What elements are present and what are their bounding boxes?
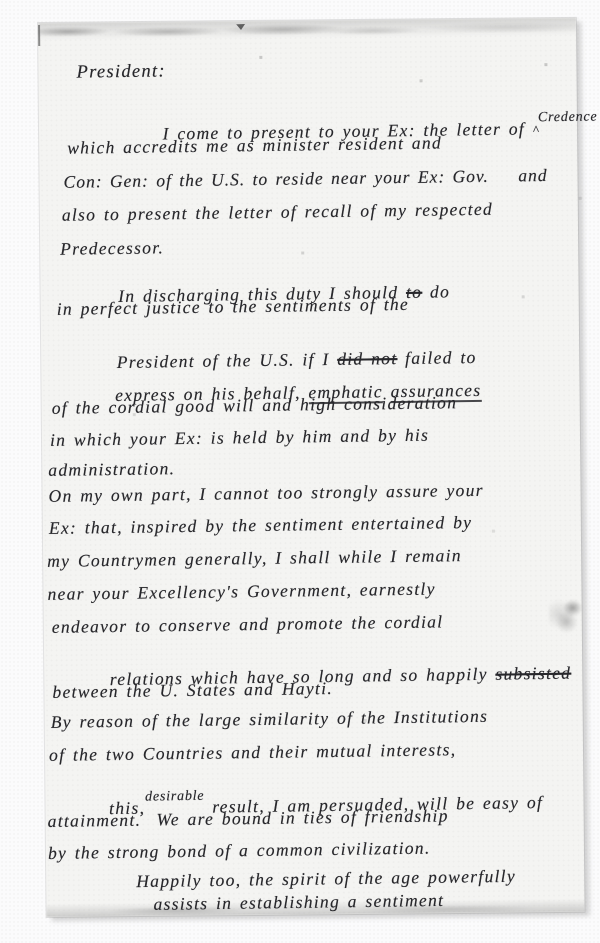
manuscript-page: President: I come to present to your Ex:… bbox=[38, 18, 585, 917]
struck-word: subsisted bbox=[495, 663, 571, 684]
letter-line-16: near your Excellency's Government, earne… bbox=[47, 579, 435, 605]
letter-line-25: Happily too, the spirit of the age power… bbox=[136, 866, 516, 892]
letter-line-15: my Countrymen generally, I shall while I… bbox=[47, 545, 462, 572]
letter-text-layer: President: I come to present to your Ex:… bbox=[38, 18, 585, 917]
letter-line-13: On my own part, I cannot too strongly as… bbox=[48, 480, 484, 507]
letter-line-21: of the two Countries and their mutual in… bbox=[49, 739, 457, 766]
letter-line-19: between the U. States and Hayti. bbox=[52, 678, 333, 703]
text-segment: do bbox=[422, 281, 450, 301]
scan-background: President: I come to present to your Ex:… bbox=[0, 0, 600, 943]
inserted-word: Credence bbox=[538, 109, 598, 125]
letter-line-5: Predecessor. bbox=[60, 237, 164, 259]
letter-line-14: Ex: that, inspired by the sentiment ente… bbox=[49, 512, 473, 539]
letter-line-4: also to present the letter of recall of … bbox=[62, 199, 493, 226]
letter-line-24: by the strong bond of a common civilizat… bbox=[48, 838, 431, 864]
letter-line-17: endeavor to conserve and promote the cor… bbox=[52, 611, 444, 637]
letter-line-26: assists in establishing a sentiment bbox=[153, 890, 444, 915]
letter-line-12: administration. bbox=[48, 458, 175, 481]
letter-line-11: in which your Ex: is held by him and by … bbox=[50, 425, 429, 451]
letter-salutation: President: bbox=[76, 61, 166, 83]
inserted-word: desirable bbox=[145, 789, 205, 805]
letter-line-3: Con: Gen: of the U.S. to reside near you… bbox=[63, 165, 547, 193]
